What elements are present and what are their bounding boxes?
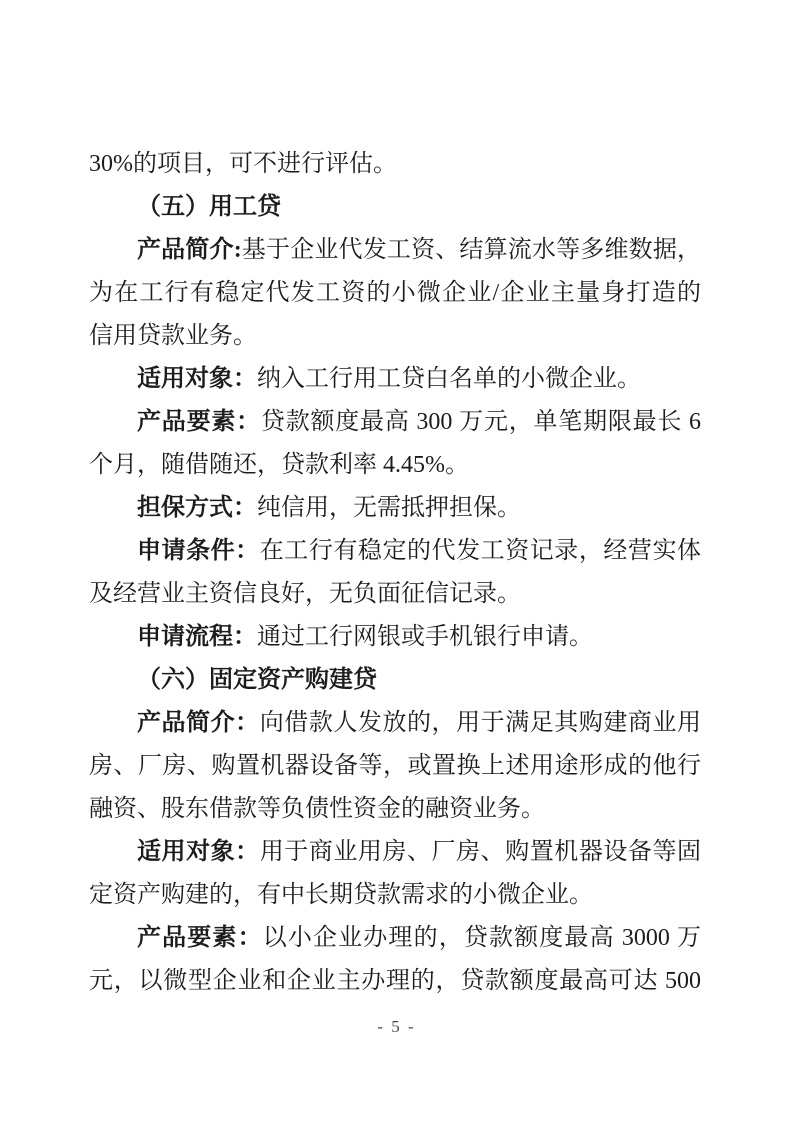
- text-line: 元，以微型企业和企业主办理的，贷款额度最高可达 500: [89, 960, 701, 1003]
- field-label: 产品要素：: [137, 925, 263, 951]
- field-label: 适用对象：: [137, 839, 260, 865]
- text-line: 及经营业主资信良好，无负面征信记录。: [89, 573, 701, 616]
- text-line: 产品简介：向借款人发放的，用于满足其购建商业用: [89, 702, 701, 745]
- page-footer: - 5 -: [0, 1014, 793, 1040]
- line-text: 通过工行网银或手机银行申请。: [257, 624, 593, 650]
- field-label: 担保方式：: [137, 495, 257, 521]
- line-text: 纯信用，无需抵押担保。: [257, 495, 521, 521]
- text-line: 为在工行有稳定代发工资的小微企业/企业主量身打造的: [89, 272, 701, 315]
- text-line: 担保方式：纯信用，无需抵押担保。: [89, 487, 701, 530]
- text-line: 定资产购建的，有中长期贷款需求的小微企业。: [89, 874, 701, 917]
- text-line: 产品简介:基于企业代发工资、结算流水等多维数据，: [89, 229, 701, 272]
- text-line: 信用贷款业务。: [89, 315, 701, 358]
- field-label: 申请条件：: [137, 538, 260, 564]
- text-line: 产品要素：以小企业办理的，贷款额度最高 3000 万: [89, 917, 701, 960]
- line-text: 用于商业用房、厂房、购置机器设备等固: [260, 839, 701, 865]
- text-line: 适用对象：用于商业用房、厂房、购置机器设备等固: [89, 831, 701, 874]
- text-line: 适用对象：纳入工行用工贷白名单的小微企业。: [89, 358, 701, 401]
- text-line: 申请条件：在工行有稳定的代发工资记录，经营实体: [89, 530, 701, 573]
- field-label: 产品简介:: [137, 237, 242, 263]
- field-label: 产品简介：: [137, 710, 260, 736]
- page-number: - 5 -: [377, 1017, 415, 1036]
- section-heading: （五）用工贷: [89, 186, 701, 229]
- field-label: 申请流程：: [137, 624, 257, 650]
- text-line: 个月，随借随还，贷款利率 4.45%。: [89, 444, 701, 487]
- field-label: 产品要素：: [137, 409, 261, 435]
- document-page: 30%的项目，可不进行评估。（五）用工贷产品简介:基于企业代发工资、结算流水等多…: [0, 0, 793, 1122]
- field-label: 适用对象：: [137, 366, 257, 392]
- line-text: 纳入工行用工贷白名单的小微企业。: [257, 366, 641, 392]
- line-text: 在工行有稳定的代发工资记录，经营实体: [260, 538, 701, 564]
- text-line: 融资、股东借款等负债性资金的融资业务。: [89, 788, 701, 831]
- line-text: 基于企业代发工资、结算流水等多维数据，: [242, 237, 701, 263]
- line-text: 贷款额度最高 300 万元，单笔期限最长 6: [261, 409, 701, 435]
- text-line: 产品要素：贷款额度最高 300 万元，单笔期限最长 6: [89, 401, 701, 444]
- paragraph-continuation-line: 30%的项目，可不进行评估。: [89, 143, 701, 186]
- section-heading: （六）固定资产购建贷: [89, 659, 701, 702]
- line-text: 向借款人发放的，用于满足其购建商业用: [260, 710, 701, 736]
- text-line: 房、厂房、购置机器设备等，或置换上述用途形成的他行: [89, 745, 701, 788]
- text-line: 申请流程：通过工行网银或手机银行申请。: [89, 616, 701, 659]
- line-text: 以小企业办理的，贷款额度最高 3000 万: [263, 925, 701, 951]
- document-body: 30%的项目，可不进行评估。（五）用工贷产品简介:基于企业代发工资、结算流水等多…: [89, 143, 701, 1003]
